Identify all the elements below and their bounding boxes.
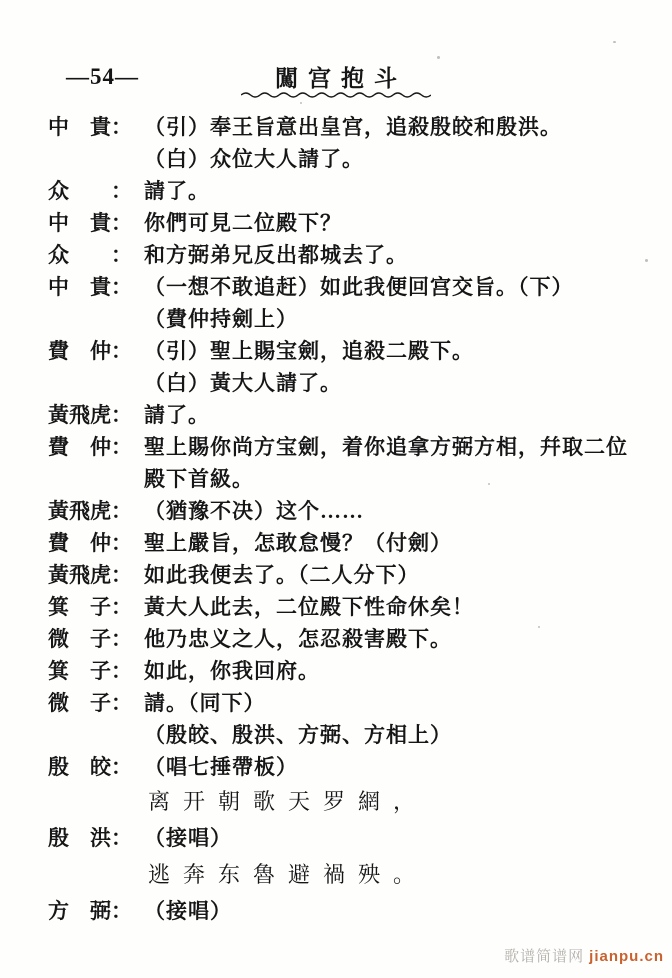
speaker-name: 殷 皎： bbox=[48, 751, 144, 781]
stage-direction-line: （殷皎、殷洪、方弼、方相上） bbox=[48, 718, 642, 750]
dialogue-line: 箕 子：黃大人此去，二位殿下性命休矣！ bbox=[48, 590, 642, 622]
line-text: （唱七捶帶板） bbox=[144, 751, 298, 781]
line-text: 如此我便去了。（二人分下） bbox=[144, 559, 420, 589]
scan-speck bbox=[437, 56, 440, 59]
speaker-name: 黃飛虎： bbox=[48, 495, 144, 525]
page-header: —54— 闖宫抱斗 bbox=[0, 60, 672, 102]
speaker-name: 微 子： bbox=[48, 687, 144, 717]
page-title: 闖宫抱斗 bbox=[0, 60, 672, 99]
speaker-name: 黃飛虎： bbox=[48, 559, 144, 589]
watermark-site-name: 歌谱简谱网 bbox=[504, 948, 584, 965]
scan-speck bbox=[645, 259, 648, 262]
scan-speck bbox=[488, 483, 490, 485]
line-text: 殿下首級。 bbox=[144, 463, 254, 493]
lyric-text: 离开朝歌天罗網， bbox=[148, 785, 428, 816]
lyric-text: 逃奔东魯避禍殃。 bbox=[148, 858, 428, 889]
script-page: —54— 闖宫抱斗 中 貴：（引）奉王旨意出皇宫，追殺殷皎和殷洪。（白）众位大人… bbox=[0, 0, 672, 978]
dialogue-line: 黃飛虎：如此我便去了。（二人分下） bbox=[48, 558, 642, 590]
line-text: （接唱） bbox=[144, 895, 232, 925]
dialogue-line: 微 子：他乃忠义之人，怎忍殺害殿下。 bbox=[48, 622, 642, 654]
page-title-text: 闖宫抱斗 bbox=[265, 60, 407, 93]
script-body: 中 貴：（引）奉王旨意出皇宫，追殺殷皎和殷洪。（白）众位大人請了。众 ：請了。中… bbox=[48, 110, 642, 928]
continuation-line: 殿下首級。 bbox=[48, 462, 642, 494]
dialogue-line: 中 貴：（一想不敢追赶）如此我便回宫交旨。（下） bbox=[48, 270, 642, 302]
line-text: （接唱） bbox=[144, 822, 232, 852]
dialogue-line: 殷 洪：（接唱） bbox=[48, 819, 642, 855]
dialogue-line: 微 子：請。（同下） bbox=[48, 686, 642, 718]
speaker-name: 費 仲： bbox=[48, 527, 144, 557]
speaker-name: 箕 子： bbox=[48, 655, 144, 685]
line-text: （引）奉王旨意出皇宫，追殺殷皎和殷洪。 bbox=[144, 111, 562, 141]
dialogue-line: 箕 子：如此，你我回府。 bbox=[48, 654, 642, 686]
dialogue-line: 費 仲：聖上賜你尚方宝劍，着你追拿方弼方相，幷取二位 bbox=[48, 430, 642, 462]
scan-speck bbox=[373, 873, 375, 876]
dialogue-line: 中 貴：（引）奉王旨意出皇宫，追殺殷皎和殷洪。 bbox=[48, 110, 642, 142]
dialogue-line: 殷 皎：（唱七捶帶板） bbox=[48, 750, 642, 782]
speaker-name: 方 弼： bbox=[48, 895, 144, 925]
scan-speck bbox=[300, 102, 302, 104]
line-text: 聖上嚴旨，怎敢怠慢？（付劍） bbox=[144, 527, 452, 557]
dialogue-line: 方 弼：（接唱） bbox=[48, 892, 642, 928]
line-text: （一想不敢追赶）如此我便回宫交旨。（下） bbox=[144, 271, 574, 301]
speaker-name: 費 仲： bbox=[48, 335, 144, 365]
lyric-line: 离开朝歌天罗網， bbox=[48, 782, 642, 819]
speaker-name: 微 子： bbox=[48, 623, 144, 653]
stage-direction-line: （費仲持劍上） bbox=[48, 302, 642, 334]
dialogue-line: 黃飛虎：（猶豫不决）这个…… bbox=[48, 494, 642, 526]
lyric-line: 逃奔东魯避禍殃。 bbox=[48, 855, 642, 892]
watermark: 歌谱简谱网jianpu.cn bbox=[504, 945, 664, 966]
speaker-name: 費 仲： bbox=[48, 431, 144, 461]
line-text: （猶豫不决）这个…… bbox=[144, 495, 364, 525]
line-text: 聖上賜你尚方宝劍，着你追拿方弼方相，幷取二位 bbox=[144, 431, 628, 461]
line-text: 請。（同下） bbox=[144, 687, 266, 717]
line-text: 請了。 bbox=[144, 175, 210, 205]
line-text: 你們可見二位殿下？ bbox=[144, 207, 342, 237]
dialogue-line: 費 仲：（引）聖上賜宝劍，追殺二殿下。 bbox=[48, 334, 642, 366]
dialogue-line: 黃飛虎：請了。 bbox=[48, 398, 642, 430]
speaker-name: 黃飛虎： bbox=[48, 399, 144, 429]
speaker-name: 中 貴： bbox=[48, 111, 144, 141]
line-text: 如此，你我回府。 bbox=[144, 655, 320, 685]
speaker-name: 殷 洪： bbox=[48, 822, 144, 852]
line-text: （白）众位大人請了。 bbox=[144, 143, 364, 173]
line-text: （引）聖上賜宝劍，追殺二殿下。 bbox=[144, 335, 474, 365]
dialogue-line: 众 ：和方弼弟兄反出都城去了。 bbox=[48, 238, 642, 270]
line-text: （殷皎、殷洪、方弼、方相上） bbox=[144, 719, 452, 749]
speaker-name: 中 貴： bbox=[48, 207, 144, 237]
dialogue-line: 中 貴：你們可見二位殿下？ bbox=[48, 206, 642, 238]
speaker-name: 中 貴： bbox=[48, 271, 144, 301]
line-text: 他乃忠义之人，怎忍殺害殿下。 bbox=[144, 623, 452, 653]
dialogue-line: 費 仲：聖上嚴旨，怎敢怠慢？（付劍） bbox=[48, 526, 642, 558]
watermark-site-url: jianpu.cn bbox=[589, 948, 664, 965]
speaker-name: 箕 子： bbox=[48, 591, 144, 621]
line-text: 和方弼弟兄反出都城去了。 bbox=[144, 239, 408, 269]
line-text: 黃大人此去，二位殿下性命休矣！ bbox=[144, 591, 474, 621]
speaker-name: 众 ： bbox=[48, 175, 144, 205]
line-text: （費仲持劍上） bbox=[144, 303, 298, 333]
line-text: 請了。 bbox=[144, 399, 210, 429]
continuation-line: （白）众位大人請了。 bbox=[48, 142, 642, 174]
continuation-line: （白）黃大人請了。 bbox=[48, 366, 642, 398]
dialogue-line: 众 ：請了。 bbox=[48, 174, 642, 206]
speaker-name: 众 ： bbox=[48, 239, 144, 269]
line-text: （白）黃大人請了。 bbox=[144, 367, 342, 397]
scan-speck bbox=[538, 626, 540, 628]
scan-speck bbox=[613, 41, 616, 43]
